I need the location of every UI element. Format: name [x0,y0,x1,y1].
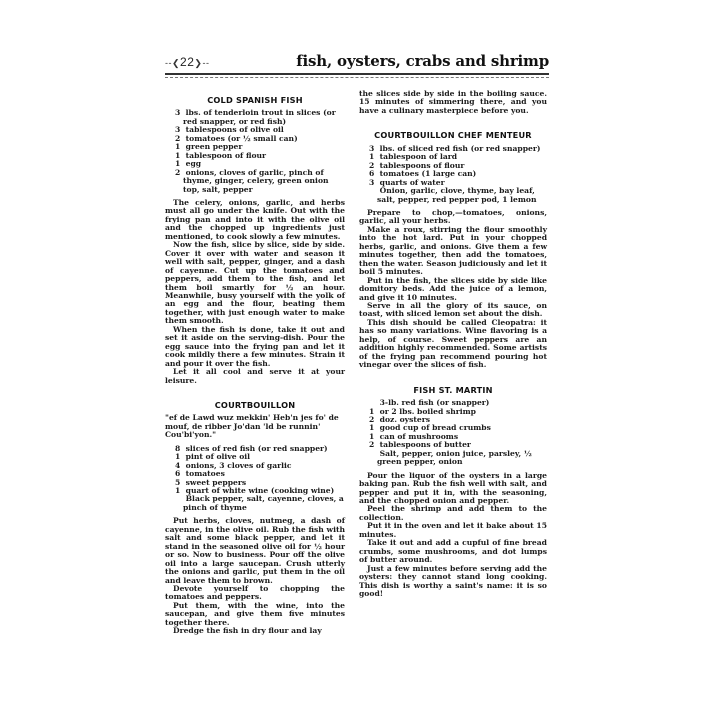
recipe-body: Prepare to chop,—tomatoes, onions, garli… [359,209,547,370]
recipe-paragraph: Serve in all the glory of its sauce, on … [359,302,547,319]
recipe-quote: "ef de Lawd wuz mekkin' Heb'n jes fo' de… [165,414,345,439]
ingredient-item: Onion, garlic, clove, thyme, bay leaf, s… [359,187,547,204]
recipe-paragraph: Just a few minutes before serving add th… [359,565,547,599]
recipe-paragraph: Make a roux, stirring the flour smoothly… [359,226,547,277]
recipe-paragraph: The celery, onions, garlic, and herbs mu… [165,199,345,241]
recipe-paragraph: Put in the fish, the slices side by side… [359,277,547,302]
recipe-paragraph: When the fish is done, take it out and s… [165,326,345,368]
recipe-title: COURTBOUILLON [165,401,345,409]
recipe-paragraph: Peel the shrimp and add them to the coll… [359,505,547,522]
recipe-paragraph: Take it out and add a cupful of fine bre… [359,539,547,564]
recipe-paragraph: Dredge the fish in dry flour and lay [165,627,345,635]
left-column: COLD SPANISH FISH 3 lbs. of tenderloin t… [165,90,345,636]
recipe-paragraph: Put it in the oven and let it bake about… [359,522,547,539]
recipe-title: COLD SPANISH FISH [165,96,345,104]
recipe-paragraph: This dish should be called Cleopatra: it… [359,319,547,370]
recipe-paragraph: Pour the liquor of the oysters in a larg… [359,472,547,506]
page-header: --❮22❯-- fish, oysters, crabs and shrimp [165,52,549,74]
ornament-left-icon: --❮ [165,58,180,68]
ingredient-list: 8 slices of red fish (or red snapper)1 p… [165,445,345,513]
ingredient-list: 3 lbs. of sliced red fish (or red snappe… [359,145,547,204]
recipe-paragraph: Now the fish, slice by slice, side by si… [165,241,345,326]
recipe-paragraph: Prepare to chop,—tomatoes, onions, garli… [359,209,547,226]
recipe-title: FISH ST. MARTIN [359,386,547,394]
recipe-paragraph: Put them, with the wine, into the saucep… [165,602,345,627]
recipe-body-continued: the slices side by side in the boiling s… [359,90,547,115]
recipe-paragraph: Let it all cool and serve it at your lei… [165,368,345,385]
ingredient-item: Salt, pepper, onion juice, parsley, ½ gr… [359,450,547,467]
recipe-body: Pour the liquor of the oysters in a larg… [359,472,547,599]
recipe-body: Put herbs, cloves, nutmeg, a dash of cay… [165,517,345,635]
header-rule [165,73,549,75]
header-rule-secondary [165,77,549,78]
recipe-paragraph: Devote yourself to chopping the tomatoes… [165,585,345,602]
ingredient-list: 3 lbs. of tenderloin trout in slices (or… [165,109,345,194]
ornament-right-icon: ❯-- [194,58,209,68]
recipe-paragraph: the slices side by side in the boiling s… [359,90,547,115]
ingredient-list: 3-lb. red fish (or snapper)1 or 2 lbs. b… [359,399,547,467]
right-column: the slices side by side in the boiling s… [359,90,547,598]
recipe-paragraph: Put herbs, cloves, nutmeg, a dash of cay… [165,517,345,585]
recipe-body: The celery, onions, garlic, and herbs mu… [165,199,345,385]
ingredient-item: 3 lbs. of tenderloin trout in slices (or… [165,109,345,126]
page-number: --❮22❯-- [165,55,209,69]
recipe-title: COURTBOUILLON CHEF MENTEUR [359,131,547,139]
ingredient-item: Black pepper, salt, cayenne, cloves, a p… [165,495,345,512]
cookbook-page: --❮22❯-- fish, oysters, crabs and shrimp… [165,52,549,682]
running-title: fish, oysters, crabs and shrimp [296,52,549,70]
ingredient-item: 2 onions, cloves of garlic, pinch of thy… [165,169,345,194]
